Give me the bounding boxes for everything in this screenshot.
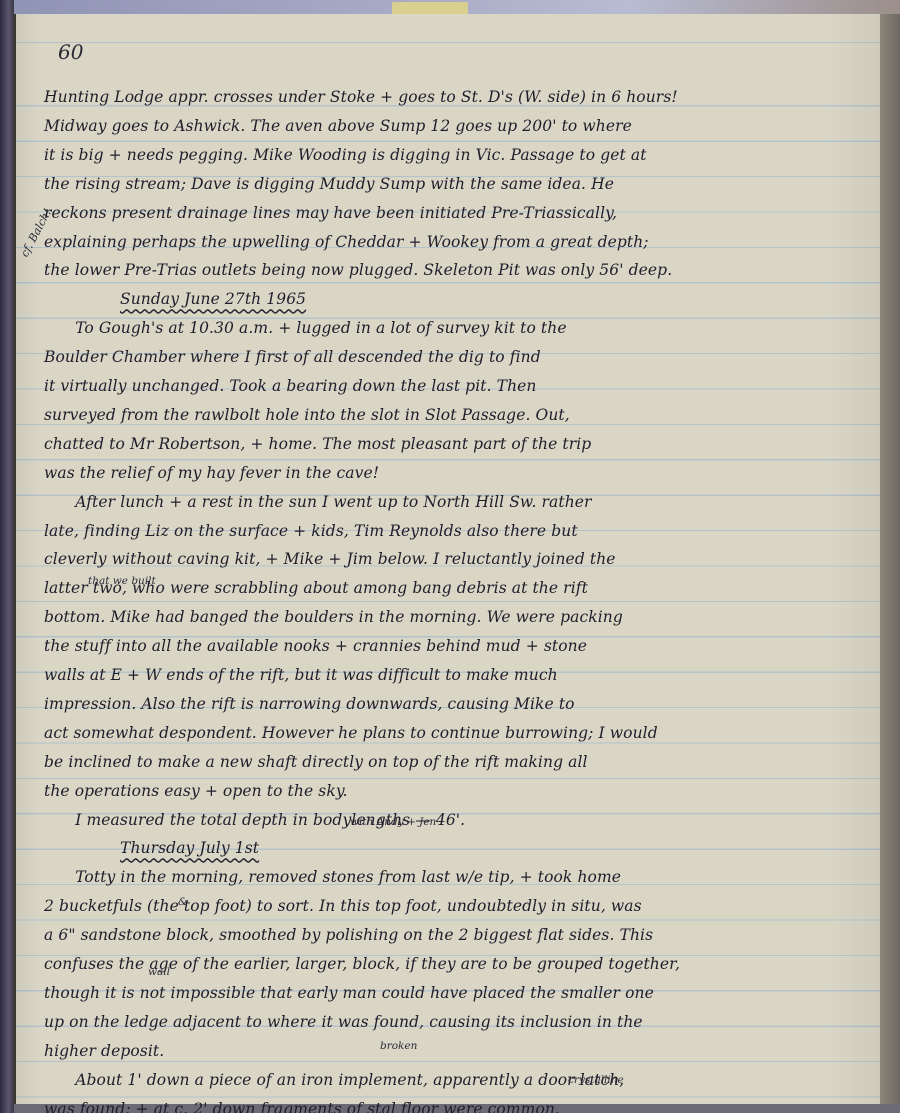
journal-line: surveyed from the rawlbolt hole into the…	[44, 406, 570, 424]
insert-wall: wall	[148, 966, 170, 978]
journal-line: a 6" sandstone block, smoothed by polish…	[44, 926, 653, 944]
journal-line: chatted to Mr Robertson, + home. The mos…	[44, 435, 591, 453]
journal-line: reckons present drainage lines may have …	[44, 204, 617, 222]
journal-line: walls at E + W ends of the rift, but it …	[44, 666, 558, 684]
journal-line: bottom. Mike had banged the boulders in …	[44, 608, 623, 626]
journal-line: confuses the age of the earlier, larger,…	[44, 955, 680, 973]
insert-broken: broken	[380, 1040, 417, 1052]
journal-line: Hunting Lodge appr. crosses under Stoke …	[44, 88, 678, 106]
page-stack-edge	[880, 14, 900, 1113]
journal-line: Midway goes to Ashwick. The aven above S…	[44, 117, 632, 135]
journal-line: was found; + at c. 2' down fragments of …	[44, 1100, 560, 1113]
journal-line: About 1' down a piece of an iron impleme…	[44, 1071, 624, 1089]
journal-line: be inclined to make a new shaft directly…	[44, 753, 588, 771]
journal-line: was the relief of my hay fever in the ca…	[44, 464, 379, 482]
entry-date-heading: Thursday July 1st	[120, 839, 259, 857]
journal-line: 2 bucketfuls (the top foot) to sort. In …	[44, 897, 642, 915]
journal-line: higher deposit.	[44, 1042, 164, 1060]
journal-line: cleverly without caving kit, + Mike + Ji…	[44, 550, 616, 568]
journal-line: the rising stream; Dave is digging Muddy…	[44, 175, 614, 193]
journal-line: act somewhat despondent. However he plan…	[44, 724, 658, 742]
journal-line: After lunch + a rest in the sun I went u…	[44, 493, 592, 511]
journal-line: up on the ledge adjacent to where it was…	[44, 1013, 643, 1031]
entry-date-heading: Sunday June 27th 1965	[120, 290, 306, 308]
handwritten-entries: Hunting Lodge appr. crosses under Stoke …	[44, 0, 874, 1113]
journal-line: the lower Pre-Trias outlets being now pl…	[44, 261, 672, 279]
journal-line: late, finding Liz on the surface + kids,…	[44, 522, 578, 540]
insert-crystalline: crystalline	[568, 1074, 624, 1086]
journal-line: the operations easy + open to the sky.	[44, 782, 348, 800]
insert-with-andy-and-jen: with Andy + Jen	[350, 816, 436, 828]
journal-line: though it is not impossible that early m…	[44, 984, 654, 1002]
journal-line: To Gough's at 10.30 a.m. + lugged in a l…	[44, 319, 567, 337]
journal-line: impression. Also the rift is narrowing d…	[44, 695, 575, 713]
journal-line: explaining perhaps the upwelling of Ched…	[44, 233, 649, 251]
journal-line: it is big + needs pegging. Mike Wooding …	[44, 146, 647, 164]
insert-that-we-built: that we built	[88, 575, 156, 587]
journal-line: the stuff into all the available nooks +…	[44, 637, 587, 655]
journal-line: Totty in the morning, removed stones fro…	[44, 868, 621, 886]
journal-line: it virtually unchanged. Took a bearing d…	[44, 377, 537, 395]
notebook-cover-edge	[0, 0, 14, 1113]
insert-ampersand: &	[178, 896, 187, 908]
journal-line: Boulder Chamber where I first of all des…	[44, 348, 541, 366]
